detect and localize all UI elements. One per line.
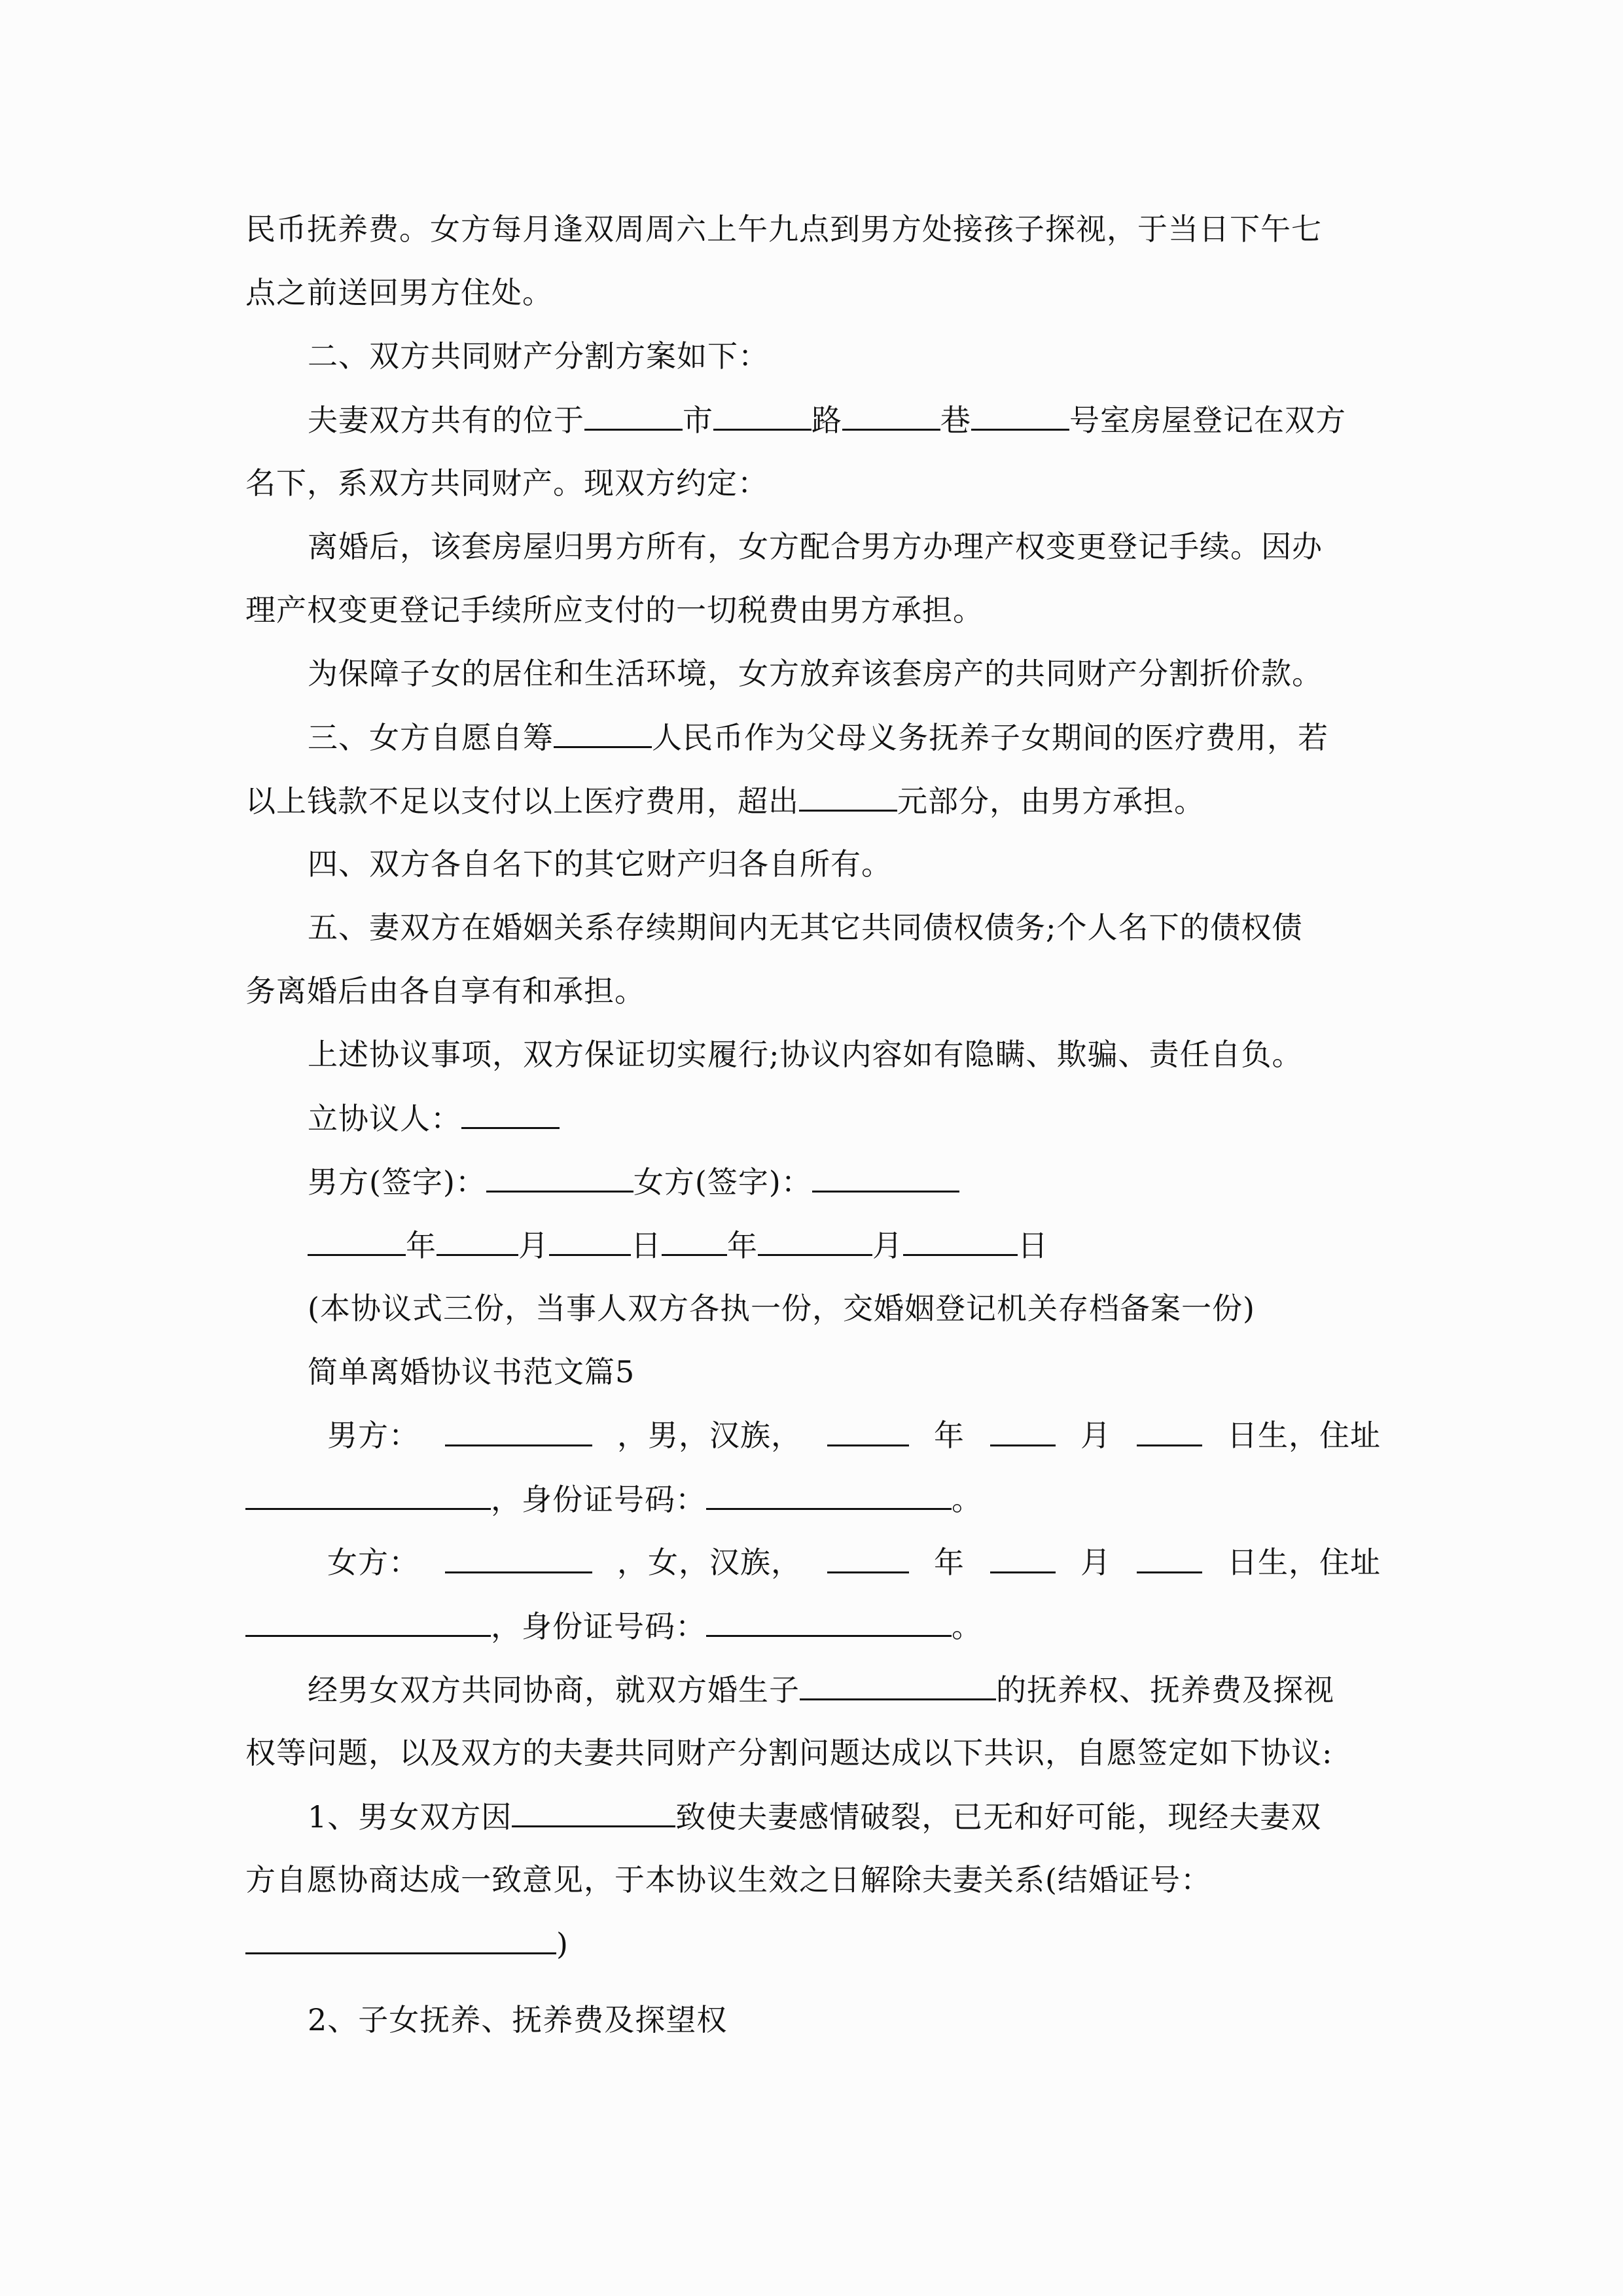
paragraph-line: 点之前送回男方住处。 bbox=[245, 273, 1381, 312]
excess-amount-blank[interactable] bbox=[799, 781, 897, 812]
paragraph-line: 以上钱款不足以支付以上医疗费用，超出元部分，由男方承担。 bbox=[245, 781, 1381, 821]
paragraph-line: 方自愿协商达成一致意见，于本协议生效之日解除夫妻关系(结婚证号： bbox=[245, 1860, 1381, 1899]
marriage-cert-blank[interactable] bbox=[245, 1924, 556, 1954]
male-id-blank[interactable] bbox=[706, 1479, 952, 1510]
male-address-blank[interactable] bbox=[245, 1479, 491, 1510]
paragraph-line: 离婚后，该套房屋归男方所有，女方配合男方办理产权变更登记手续。因办 bbox=[308, 527, 1381, 566]
birth-day-blank[interactable] bbox=[1137, 1543, 1202, 1573]
text-segment: 1、男女双方因 bbox=[308, 1799, 512, 1835]
paragraph-line: 名下，系双方共同财产。现双方约定： bbox=[245, 463, 1381, 503]
agreement-intro-line: 经男女双方共同协商，就双方婚生子的抚养权、抚养费及探视 bbox=[308, 1670, 1381, 1710]
text-segment: 致使夫妻感情破裂，已无和好可能，现经夫妻双 bbox=[675, 1799, 1321, 1835]
text-segment: 日生，住址 bbox=[1227, 1543, 1381, 1582]
year-blank[interactable] bbox=[308, 1225, 406, 1256]
female-id-blank[interactable] bbox=[706, 1606, 952, 1637]
city-blank[interactable] bbox=[584, 400, 683, 431]
day-label: 日 bbox=[631, 1228, 662, 1263]
text-segment: ) bbox=[556, 1926, 569, 1962]
female-sign-label: 女方(签字)： bbox=[633, 1164, 812, 1200]
text-segment: 以上钱款不足以支付以上医疗费用，超出 bbox=[245, 783, 799, 819]
clause-2-heading: 2、子女抚养、抚养费及探望权 bbox=[308, 2000, 1381, 2039]
text-segment: 年 bbox=[934, 1543, 965, 1582]
text-segment: 号室房屋登记在双方 bbox=[1069, 403, 1346, 438]
male-signature-blank[interactable] bbox=[486, 1162, 633, 1193]
text-segment: 的抚养权、抚养费及探视 bbox=[996, 1672, 1334, 1708]
signature-line: 男方(签字)：女方(签字)： bbox=[308, 1162, 1381, 1202]
paragraph-line: 务离婚后由各自享有和承担。 bbox=[245, 971, 1381, 1011]
text-segment: 市 bbox=[683, 403, 713, 438]
number-blank[interactable] bbox=[971, 400, 1069, 431]
text-segment: ，身份证号码： bbox=[491, 1609, 706, 1644]
signatory-label: 立协议人： bbox=[308, 1101, 461, 1136]
lane-blank[interactable] bbox=[842, 400, 940, 431]
birth-year-blank[interactable] bbox=[827, 1416, 909, 1446]
male-sign-label: 男方(签字)： bbox=[308, 1164, 486, 1200]
text-segment: ，身份证号码： bbox=[491, 1482, 706, 1517]
male-party-line: 男方：，男，汉族，年月日生，住址 bbox=[327, 1416, 1381, 1455]
paragraph-line: 权等问题，以及双方的夫妻共同财产分割问题达成以下共识，自愿签定如下协议: bbox=[245, 1733, 1381, 1772]
text-segment: 月 bbox=[1080, 1543, 1111, 1582]
text-segment: 。 bbox=[952, 1609, 982, 1644]
male-id-line: ，身份证号码：。 bbox=[245, 1479, 1381, 1519]
document-page: 民币抚养费。女方每月逢双周周六上午九点到男方处接孩子探视，于当日下午七 点之前送… bbox=[0, 0, 1623, 2296]
day-label: 日 bbox=[1018, 1228, 1048, 1263]
property-location-line: 夫妻双方共有的位于市路巷号室房屋登记在双方 bbox=[308, 400, 1381, 440]
section-heading-2: 二、双方共同财产分割方案如下： bbox=[308, 336, 1381, 376]
clause-1-line: 1、男女双方因致使夫妻感情破裂，已无和好可能，现经夫妻双 bbox=[308, 1797, 1381, 1837]
road-blank[interactable] bbox=[713, 400, 811, 431]
male-label: 男方： bbox=[327, 1416, 419, 1455]
birth-month-blank[interactable] bbox=[990, 1543, 1056, 1573]
section-5-line: 五、妻双方在婚姻关系存续期间内无其它共同债权债务;个人名下的债权债 bbox=[308, 908, 1381, 947]
text-segment: ，女，汉族， bbox=[617, 1543, 802, 1582]
marriage-cert-line: ) bbox=[245, 1924, 1381, 1964]
paragraph-line: 民币抚养费。女方每月逢双周周六上午九点到男方处接孩子探视，于当日下午七 bbox=[245, 209, 1381, 249]
text-segment: 年 bbox=[934, 1416, 965, 1455]
month-label: 月 bbox=[872, 1228, 903, 1263]
text-segment: 经男女双方共同协商，就双方婚生子 bbox=[308, 1672, 800, 1708]
female-party-line: 女方：，女，汉族，年月日生，住址 bbox=[327, 1543, 1381, 1582]
birth-month-blank[interactable] bbox=[990, 1416, 1056, 1446]
text-segment: 元部分，由男方承担。 bbox=[897, 783, 1205, 819]
text-segment: 夫妻双方共有的位于 bbox=[308, 403, 584, 438]
text-segment: 路 bbox=[811, 403, 842, 438]
female-name-blank[interactable] bbox=[445, 1543, 592, 1573]
text-segment: 。 bbox=[952, 1482, 982, 1517]
text-segment: 月 bbox=[1080, 1416, 1111, 1455]
paragraph-line: 为保障子女的居住和生活环境，女方放弃该套房产的共同财产分割折价款。 bbox=[308, 654, 1381, 693]
month-blank[interactable] bbox=[437, 1225, 518, 1256]
paragraph-line: 上述协议事项，双方保证切实履行;协议内容如有隐瞒、欺骗、责任自负。 bbox=[308, 1035, 1381, 1074]
text-segment: 日生，住址 bbox=[1227, 1416, 1381, 1455]
female-label: 女方： bbox=[327, 1543, 419, 1582]
paragraph-line: 理产权变更登记手续所应支付的一切税费由男方承担。 bbox=[245, 590, 1381, 630]
birth-year-blank[interactable] bbox=[827, 1543, 909, 1573]
amount-blank[interactable] bbox=[554, 717, 652, 748]
month-label: 月 bbox=[518, 1228, 549, 1263]
section-3-line: 三、女方自愿自筹人民币作为父母义务抚养子女期间的医疗费用，若 bbox=[308, 717, 1381, 757]
sample-title: 简单离婚协议书范文篇5 bbox=[308, 1352, 1381, 1391]
year-label: 年 bbox=[406, 1228, 437, 1263]
text-segment: 三、女方自愿自筹 bbox=[308, 720, 554, 755]
signatory-blank[interactable] bbox=[461, 1098, 560, 1129]
text-segment: 人民币作为父母义务抚养子女期间的医疗费用，若 bbox=[652, 720, 1329, 755]
date-line: 年月日年月日 bbox=[308, 1225, 1381, 1265]
female-id-line: ，身份证号码：。 bbox=[245, 1606, 1381, 1646]
year-blank[interactable] bbox=[662, 1225, 727, 1256]
month-blank[interactable] bbox=[758, 1225, 872, 1256]
text-segment: 巷 bbox=[940, 403, 971, 438]
day-blank[interactable] bbox=[549, 1225, 631, 1256]
female-signature-blank[interactable] bbox=[812, 1162, 959, 1193]
female-address-blank[interactable] bbox=[245, 1606, 491, 1637]
text-segment: ，男，汉族， bbox=[617, 1416, 802, 1455]
day-blank[interactable] bbox=[903, 1225, 1018, 1256]
child-name-blank[interactable] bbox=[800, 1670, 996, 1700]
year-label: 年 bbox=[727, 1228, 758, 1263]
birth-day-blank[interactable] bbox=[1137, 1416, 1202, 1446]
signatory-line: 立协议人： bbox=[308, 1098, 1381, 1138]
male-name-blank[interactable] bbox=[445, 1416, 592, 1446]
copies-note: (本协议式三份，当事人双方各执一份，交婚姻登记机关存档备案一份) bbox=[308, 1289, 1381, 1328]
reason-blank[interactable] bbox=[512, 1797, 675, 1827]
section-heading-4: 四、双方各自名下的其它财产归各自所有。 bbox=[308, 844, 1381, 884]
